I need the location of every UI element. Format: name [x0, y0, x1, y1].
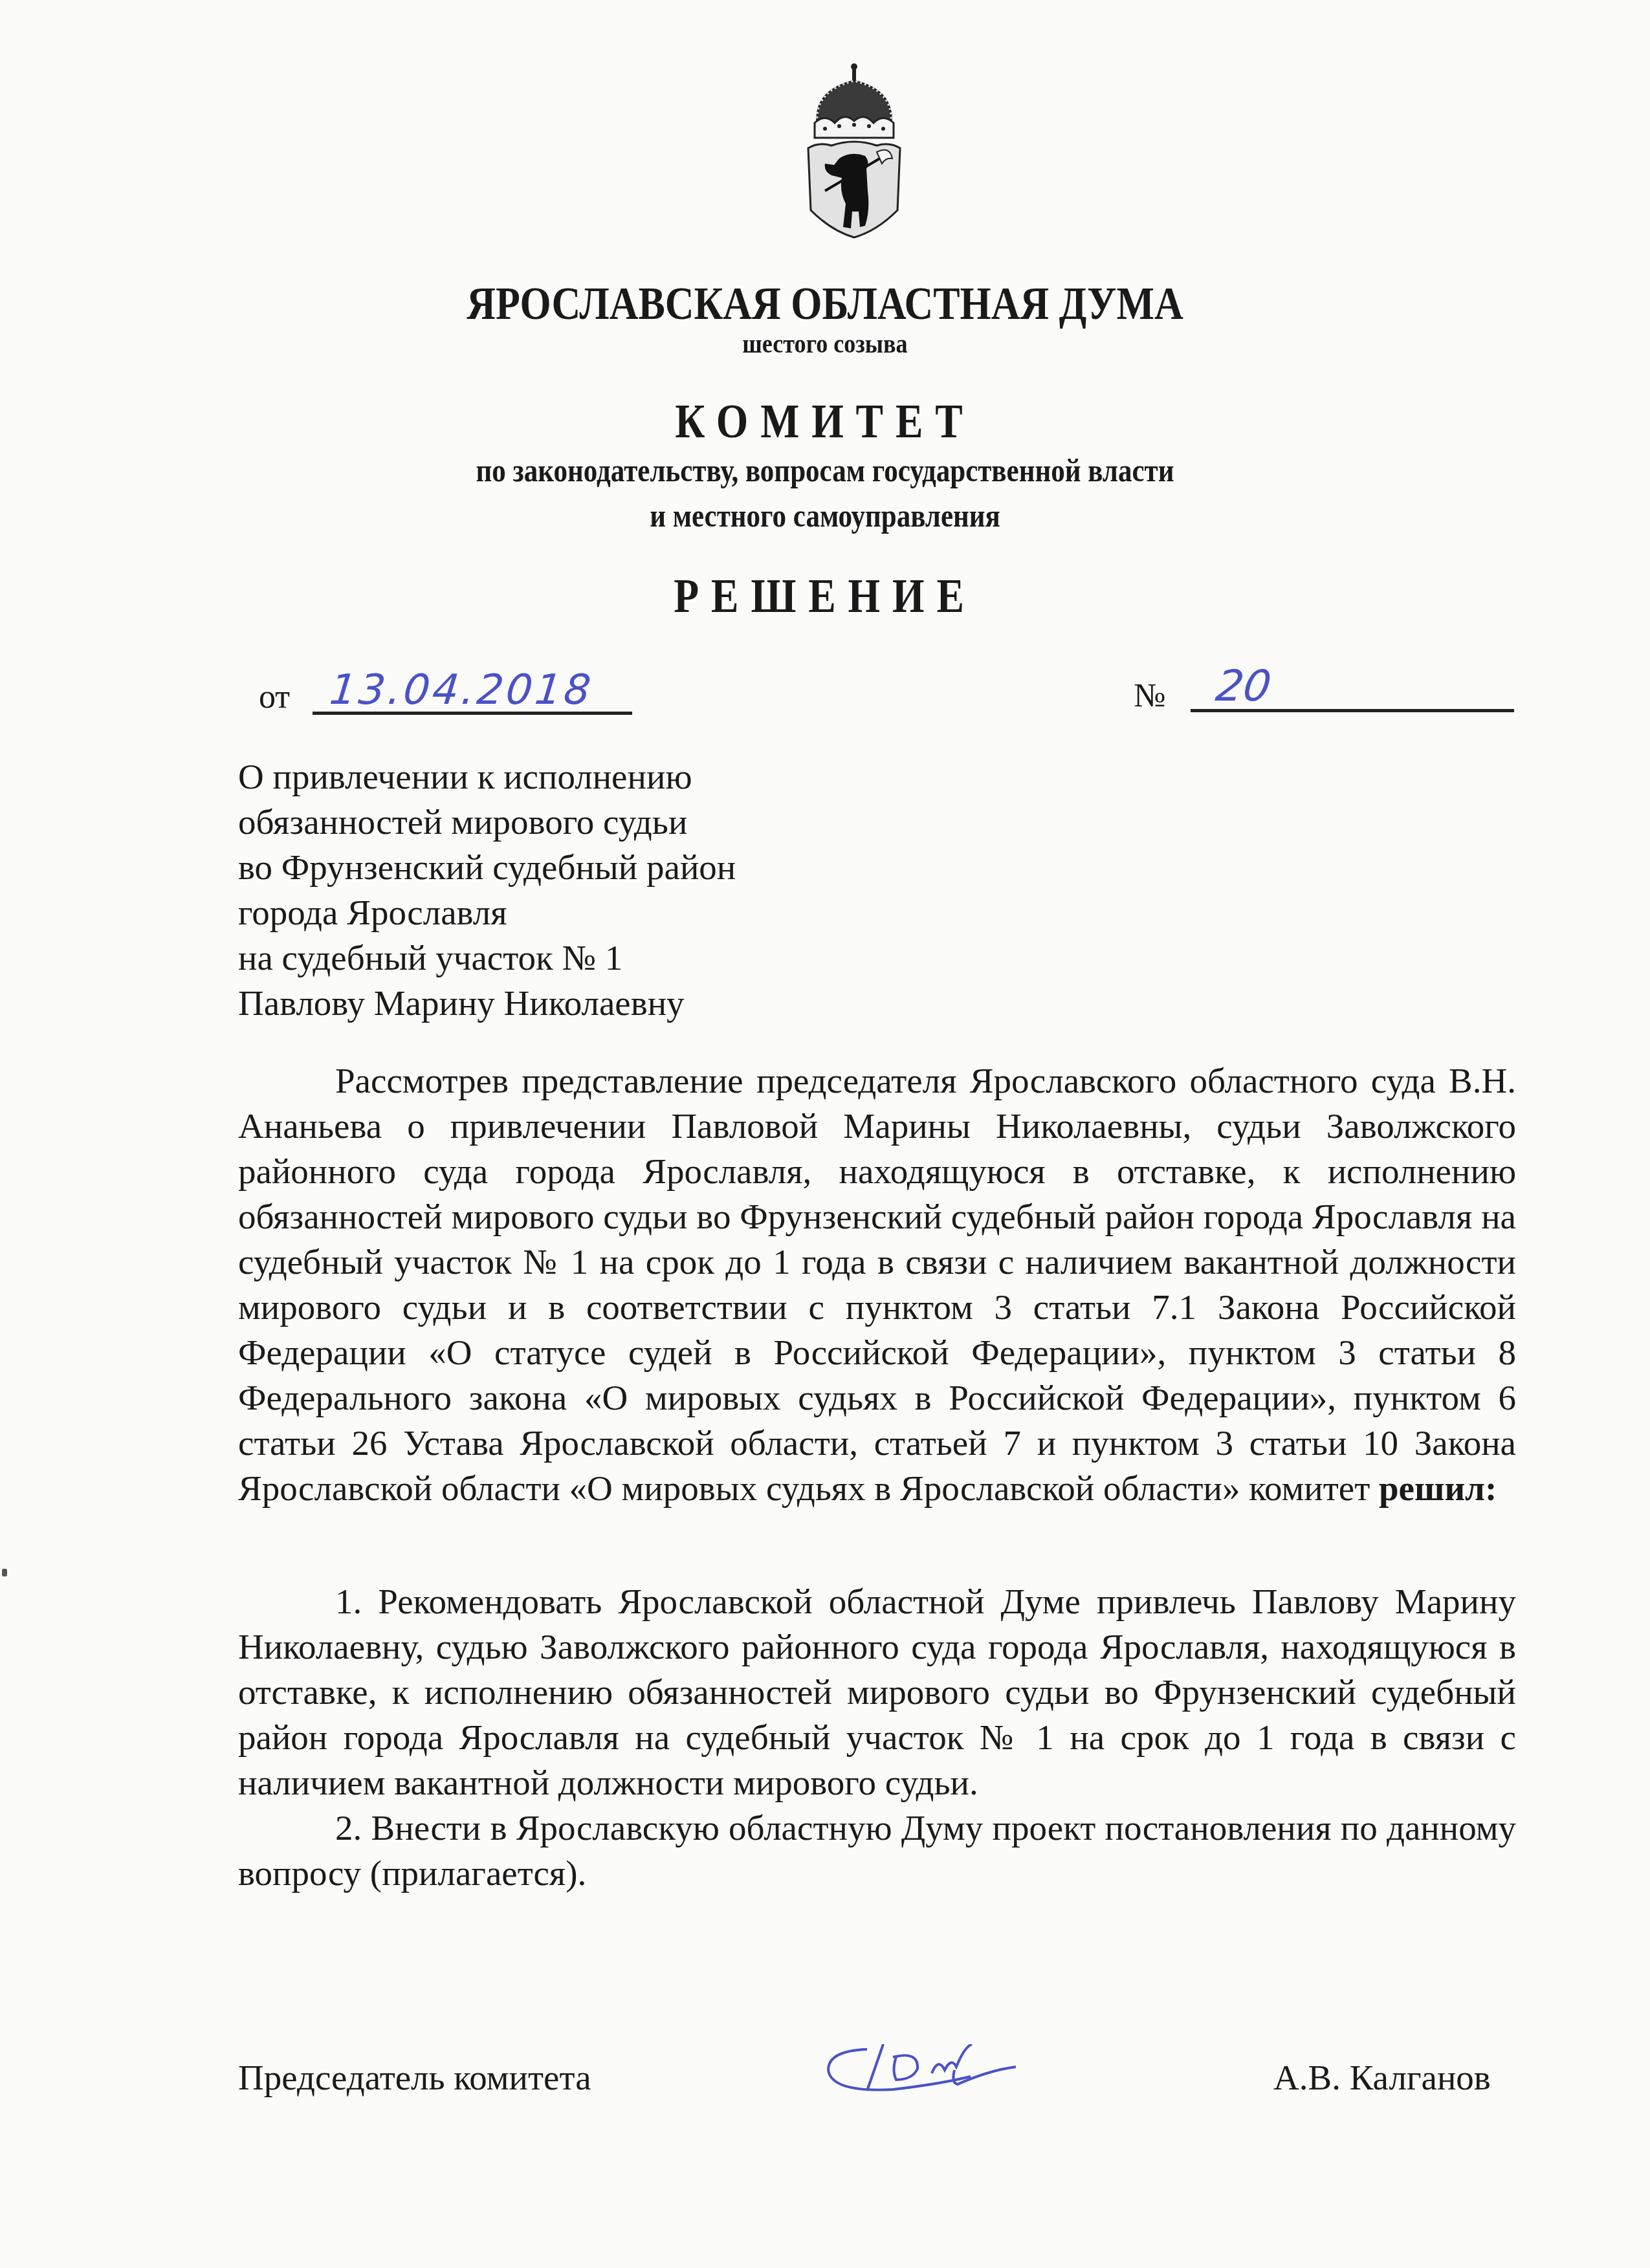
number-value: 20: [1213, 661, 1275, 711]
committee-subtitle-line1: по законодательству, вопросам государств…: [116, 452, 1535, 489]
coat-of-arms-icon: [806, 61, 903, 239]
handwritten-signature-icon: [822, 2044, 1055, 2109]
decision-item-2: 2. Внести в Ярославскую областную Думу п…: [238, 1805, 1516, 1896]
document-type: РЕШЕНИЕ: [116, 569, 1535, 624]
date-value: 13.04.2018: [327, 666, 595, 714]
subject-line: на судебный участок № 1: [238, 935, 885, 981]
convocation-label: шестого созыва: [116, 329, 1535, 360]
subject-line: О привлечении к исполнению: [238, 754, 885, 800]
signatory-position: Председатель комитета: [238, 2057, 591, 2098]
signatory-name: А.В. Калганов: [1273, 2057, 1491, 2098]
preamble-paragraph: Рассмотрев представление председателя Яр…: [238, 1058, 1516, 1511]
subject-block: О привлечении к исполнению обязанностей …: [238, 754, 885, 1026]
committee-title: КОМИТЕТ: [116, 395, 1535, 450]
subject-line: обязанностей мирового судьи: [238, 800, 885, 845]
scan-speck: [2, 1569, 7, 1576]
resolved-label: решил:: [1379, 1468, 1497, 1508]
decision-item-1: 1. Рекомендовать Ярославской областной Д…: [238, 1579, 1516, 1805]
organization-title: ЯРОСЛАВСКАЯ ОБЛАСТНАЯ ДУМА: [116, 277, 1535, 331]
date-label: от: [259, 678, 290, 716]
subject-line: Павлову Марину Николаевну: [238, 981, 885, 1026]
number-label: №: [1134, 677, 1166, 715]
subject-line: города Ярославля: [238, 890, 885, 935]
preamble-text: Рассмотрев представление председателя Яр…: [238, 1061, 1516, 1508]
committee-subtitle-line2: и местного самоуправления: [116, 497, 1535, 534]
subject-line: во Фрунзенский судебный район: [238, 845, 885, 890]
